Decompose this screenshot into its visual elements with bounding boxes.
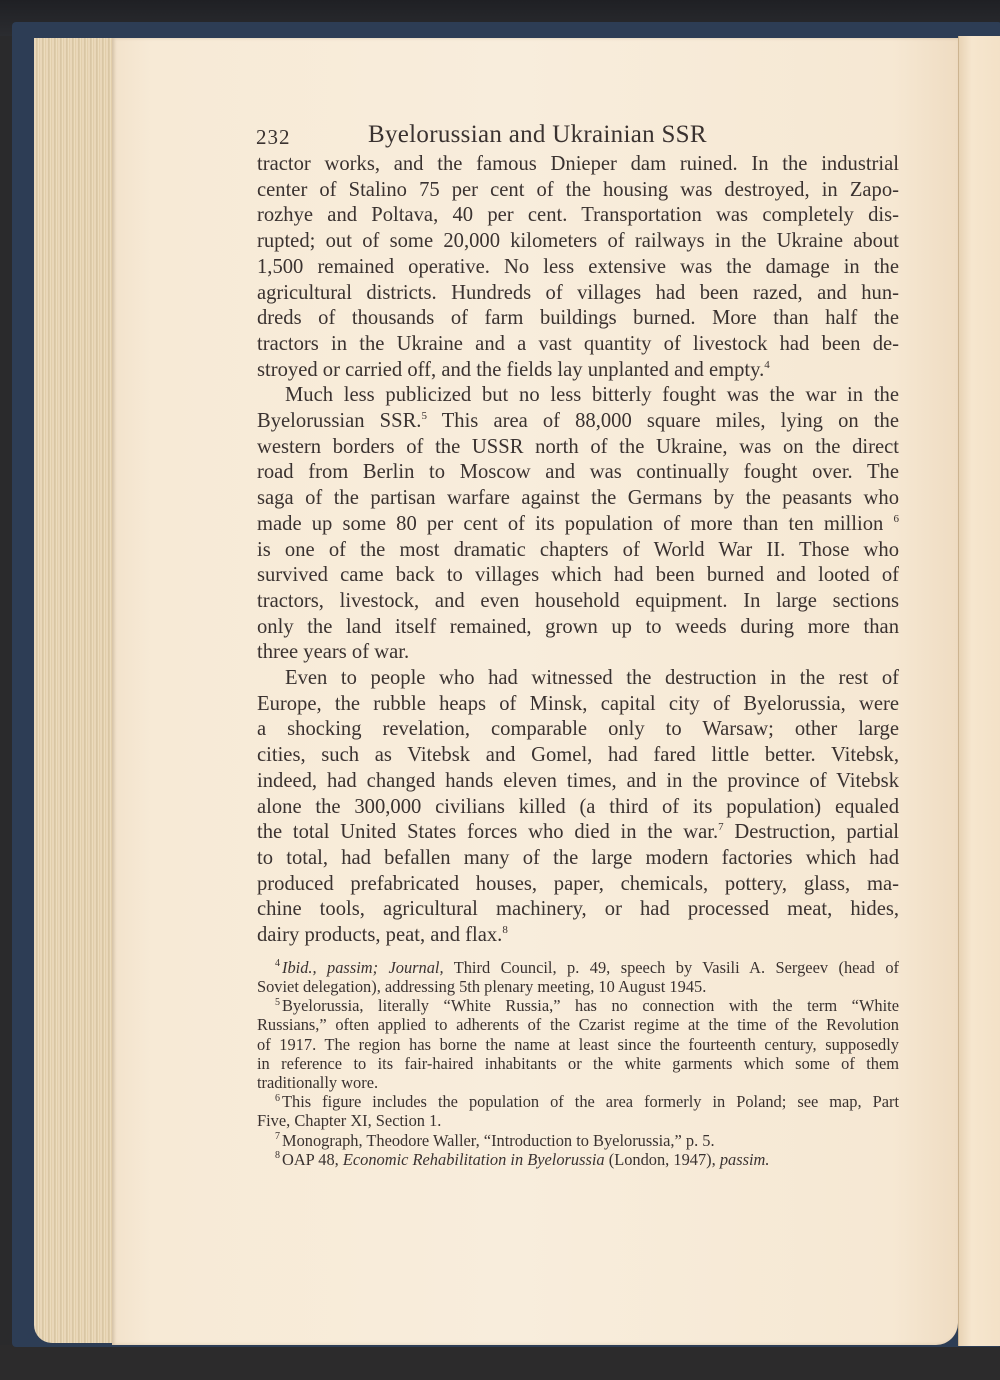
footnote-8: 8OAP 48, Economic Rehabilitation in Byel… bbox=[257, 1150, 899, 1169]
footnote-text: (London, 1947), bbox=[605, 1150, 720, 1169]
text-line: Even to people who had witnessed the des… bbox=[257, 666, 899, 692]
text-fragment: made up some 80 per cent of its populati… bbox=[257, 513, 883, 535]
footnote-5: 5Byelorussia, literally “White Russia,” … bbox=[257, 996, 899, 1092]
text-line: indeed, had changed hands eleven times, … bbox=[257, 769, 899, 795]
footnote-7: 7Monograph, Theodore Waller, “Introducti… bbox=[257, 1131, 899, 1150]
page-number: 232 bbox=[256, 120, 291, 154]
text-line: only the land itself remained, grown up … bbox=[257, 615, 899, 641]
text-fragment: stroyed or carried off, and the fields l… bbox=[257, 359, 764, 381]
footnote-text: Third Council, p. 49, speech by Vasili A… bbox=[444, 958, 899, 977]
text-line: to total, had befallen many of the large… bbox=[257, 846, 899, 872]
text-line: tractors in the Ukraine and a vast quant… bbox=[257, 332, 899, 358]
footnote-ref-4[interactable]: 4 bbox=[764, 359, 770, 371]
footnote-line: 7Monograph, Theodore Waller, “Introducti… bbox=[257, 1131, 899, 1150]
text-line: rupted; out of some 20,000 kilometers of… bbox=[257, 229, 899, 255]
running-head: 232 Byelorussian and Ukrainian SSR bbox=[257, 118, 899, 152]
footnote-line: Soviet delegation), addressing 5th plena… bbox=[257, 977, 899, 996]
footnote-mark: 6 bbox=[275, 1093, 280, 1104]
footnote-line: 6This figure includes the population of … bbox=[257, 1092, 899, 1111]
text-fragment: This area of 88,000 square miles, lying … bbox=[427, 410, 899, 432]
text-line: alone the 300,000 civilians killed (a th… bbox=[257, 795, 899, 821]
facing-page-edge bbox=[958, 36, 1000, 1346]
footnote-6: 6This figure includes the population of … bbox=[257, 1092, 899, 1130]
footnote-text: This figure includes the population of t… bbox=[282, 1092, 899, 1111]
text-line: Europe, the rubble heaps of Minsk, capit… bbox=[257, 692, 899, 718]
text-fragment: dairy products, peat, and flax. bbox=[257, 924, 502, 946]
footnote-line: 8OAP 48, Economic Rehabilitation in Byel… bbox=[257, 1150, 899, 1169]
page-content: 232 Byelorussian and Ukrainian SSR tract… bbox=[257, 118, 899, 1169]
footnote-text: OAP 48, bbox=[282, 1150, 343, 1169]
footnote-line: of 1917. The region has borne the name a… bbox=[257, 1035, 899, 1054]
text-line: western borders of the USSR north of the… bbox=[257, 435, 899, 461]
text-line: is one of the most dramatic chapters of … bbox=[257, 538, 899, 564]
text-line: agricultural districts. Hundreds of vill… bbox=[257, 281, 899, 307]
text-line: road from Berlin to Moscow and was conti… bbox=[257, 460, 899, 486]
footnote-italic: Ibid., passim; Journal, bbox=[282, 958, 444, 977]
text-line: three years of war. bbox=[257, 640, 899, 666]
text-line: the total United States forces who died … bbox=[257, 820, 899, 846]
page-stack-edges bbox=[34, 38, 124, 1343]
footnote-text: Monograph, Theodore Waller, “Introductio… bbox=[282, 1131, 715, 1150]
footnotes: 4Ibid., passim; Journal, Third Council, … bbox=[257, 958, 899, 1169]
footnote-line: Russians,” often applied to adherents of… bbox=[257, 1015, 899, 1034]
running-title: Byelorussian and Ukrainian SSR bbox=[368, 118, 707, 152]
text-line: made up some 80 per cent of its populati… bbox=[257, 512, 899, 538]
footnote-mark: 7 bbox=[275, 1131, 280, 1142]
body-text: tractor works, and the famous Dnieper da… bbox=[257, 152, 899, 949]
footnote-mark: 8 bbox=[275, 1150, 280, 1161]
paragraph-3: Even to people who had witnessed the des… bbox=[257, 666, 899, 949]
text-fragment: Destruction, partial bbox=[724, 821, 899, 843]
text-line: rozhye and Poltava, 40 per cent. Transpo… bbox=[257, 203, 899, 229]
footnote-ref-8[interactable]: 8 bbox=[502, 924, 508, 936]
footnote-line: Five, Chapter XI, Section 1. bbox=[257, 1111, 899, 1130]
footnote-line: traditionally wore. bbox=[257, 1073, 899, 1092]
text-fragment: Byelorussian SSR. bbox=[257, 410, 421, 432]
footnote-mark: 4 bbox=[275, 958, 280, 969]
text-line: cities, such as Vitebsk and Gomel, had f… bbox=[257, 743, 899, 769]
text-fragment: the total United States forces who died … bbox=[257, 821, 718, 843]
dark-background-bottom bbox=[0, 1345, 1000, 1380]
text-line: dairy products, peat, and flax.8 bbox=[257, 923, 899, 949]
footnote-ref-6[interactable]: 6 bbox=[894, 513, 900, 525]
text-line: Byelorussian SSR.5 This area of 88,000 s… bbox=[257, 409, 899, 435]
footnote-italic: Economic Rehabilitation in Byelorussia bbox=[343, 1150, 605, 1169]
text-line: tractor works, and the famous Dnieper da… bbox=[257, 152, 899, 178]
text-line: saga of the partisan warfare against the… bbox=[257, 486, 899, 512]
text-line: tractors, livestock, and even household … bbox=[257, 589, 899, 615]
footnote-italic: passim. bbox=[720, 1150, 770, 1169]
text-line: a shocking revelation, comparable only t… bbox=[257, 717, 899, 743]
text-line: dreds of thousands of farm buildings bur… bbox=[257, 306, 899, 332]
footnote-4: 4Ibid., passim; Journal, Third Council, … bbox=[257, 958, 899, 996]
footnote-line: in reference to its fair-haired inhabita… bbox=[257, 1054, 899, 1073]
paragraph-2: Much less publicized but no less bitterl… bbox=[257, 383, 899, 666]
footnote-line: 4Ibid., passim; Journal, Third Council, … bbox=[257, 958, 899, 977]
text-line: Much less publicized but no less bitterl… bbox=[257, 383, 899, 409]
text-line: chine tools, agricultural machinery, or … bbox=[257, 897, 899, 923]
paragraph-1: tractor works, and the famous Dnieper da… bbox=[257, 152, 899, 383]
text-line: survived came back to villages which had… bbox=[257, 563, 899, 589]
footnote-mark: 5 bbox=[275, 997, 280, 1008]
footnote-text: Byelorussia, literally “White Russia,” h… bbox=[282, 996, 899, 1015]
text-line: stroyed or carried off, and the fields l… bbox=[257, 358, 899, 384]
text-line: center of Stalino 75 per cent of the hou… bbox=[257, 178, 899, 204]
footnote-line: 5Byelorussia, literally “White Russia,” … bbox=[257, 996, 899, 1015]
text-line: produced prefabricated houses, paper, ch… bbox=[257, 872, 899, 898]
text-line: 1,500 remained operative. No less extens… bbox=[257, 255, 899, 281]
